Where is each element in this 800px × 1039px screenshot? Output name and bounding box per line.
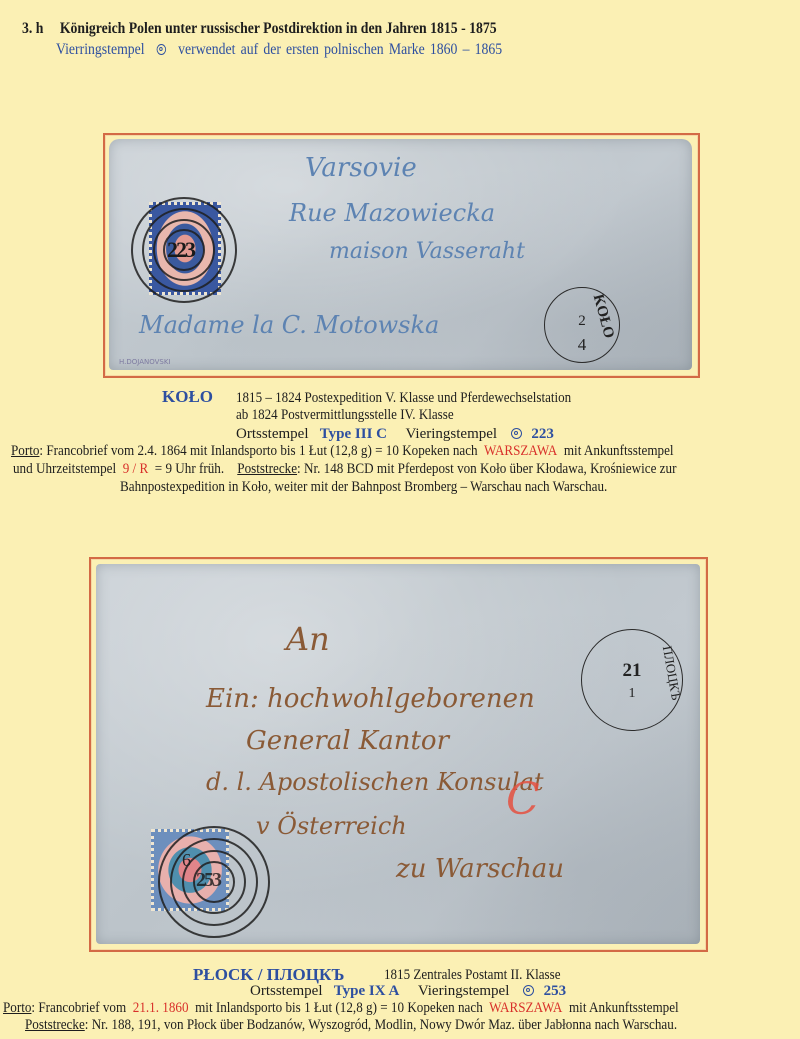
cover-frame-plock: An Ein: hochwohlgeborenen General Kantor… bbox=[89, 557, 708, 952]
time-code: 9 / R bbox=[123, 461, 149, 477]
address-line: Ein: hochwohlgeborenen bbox=[206, 684, 535, 714]
cds-day: 2 bbox=[545, 313, 619, 330]
address-line: zu Warschau bbox=[396, 854, 564, 884]
page-heading: 3. hKönigreich Polen unter russischer Po… bbox=[22, 20, 497, 38]
route-line-kolo: und Uhrzeitstempel 9 / R = 9 Uhr früh. P… bbox=[13, 461, 676, 478]
porto-text: : Francobrief vom bbox=[31, 1000, 126, 1016]
porto-text: : Francobrief vom 2.4. 1864 mit Inlandsp… bbox=[39, 443, 477, 459]
vierring-number: 223 bbox=[531, 426, 554, 442]
cds-day: 21 bbox=[582, 660, 682, 682]
envelope-kolo: 223 Varsovie Rue Mazowiecka maison Vasse… bbox=[109, 139, 692, 370]
porto-text-3: mit Ankunftsstempel bbox=[569, 1000, 679, 1016]
address-line: v Österreich bbox=[256, 812, 407, 840]
red-handstamp: C bbox=[506, 774, 540, 825]
time-meaning: = 9 Uhr früh. bbox=[155, 461, 224, 477]
porto-text-end: mit Ankunftsstempel bbox=[564, 443, 674, 459]
porto-line-kolo: Porto: Francobrief vom 2.4. 1864 mit Inl… bbox=[11, 443, 674, 460]
poststrecke-text: : Nr. 148 BCD mit Pferdepost von Koło üb… bbox=[297, 461, 676, 477]
address-line: d. l. Apostolischen Konsulat bbox=[206, 768, 544, 796]
porto-label: Porto bbox=[3, 1000, 31, 1016]
date-stamp-kolo: KOŁO 2 4 bbox=[544, 287, 620, 363]
subheading-right: verwendet auf der ersten polnischen Mark… bbox=[178, 41, 502, 58]
date-stamp-plock: ПЛОЦКЪ 21 1 bbox=[581, 629, 683, 731]
poststrecke-label: Poststrecke bbox=[237, 461, 297, 477]
four-ring-cancel-icon bbox=[523, 985, 534, 996]
poststrecke-text: : Nr. 188, 191, von Płock über Bodzanów,… bbox=[85, 1017, 677, 1033]
address-line: An bbox=[286, 620, 330, 658]
cds-month: 1 bbox=[582, 686, 682, 702]
cds-month: 4 bbox=[545, 335, 619, 355]
porto-text-2: mit Inlandsporto bis 1 Łut (12,8 g) = 10… bbox=[195, 1000, 483, 1016]
porto-line-plock: Porto: Francobrief vom 21.1. 1860 mit In… bbox=[3, 1000, 679, 1017]
address-line: Madame la C. Motowska bbox=[139, 311, 439, 339]
town-name-plock: PŁOCK / ПЛОЦКЪ bbox=[193, 965, 344, 985]
time-stamp-text: und Uhrzeitstempel bbox=[13, 461, 116, 477]
envelope-imprint: H.DOJANOVSKI bbox=[119, 358, 171, 366]
history-line: 1815 – 1824 Postexpedition V. Klasse und… bbox=[236, 390, 571, 407]
address-line: maison Vasseraht bbox=[329, 239, 525, 264]
cancel-number-kolo: 223 bbox=[167, 237, 194, 263]
address-line: Varsovie bbox=[305, 153, 417, 183]
ortsstempel-type: Type IX A bbox=[334, 983, 400, 999]
stamp-types-kolo: Ortsstempel Type III C Vieringstempel 22… bbox=[236, 426, 554, 443]
page-subheading: Vierringstempelverwendet auf der ersten … bbox=[56, 41, 502, 59]
subheading-left: Vierringstempel bbox=[56, 41, 145, 58]
four-ring-cancel-icon bbox=[511, 428, 522, 439]
history-line: 1815 Zentrales Postamt II. Klasse bbox=[384, 967, 561, 984]
route-line-kolo-2: Bahnpostexpedition in Koło, weiter mit d… bbox=[120, 479, 607, 496]
porto-label: Porto bbox=[11, 443, 39, 459]
stamp-types-plock: Ortsstempel Type IX A Vieringstempel 253 bbox=[250, 983, 566, 1000]
heading-title: Königreich Polen unter russischer Postdi… bbox=[60, 20, 497, 37]
ortsstempel-type: Type III C bbox=[320, 426, 387, 442]
address-line: Rue Mazowiecka bbox=[289, 199, 495, 227]
cancel-number-plock: 253 bbox=[196, 869, 220, 892]
section-number: 3. h bbox=[22, 20, 60, 38]
porto-date: 21.1. 1860 bbox=[133, 1000, 189, 1016]
vierring-number: 253 bbox=[544, 983, 567, 999]
vierring-label: Vieringstempel bbox=[405, 426, 497, 442]
ortsstempel-label: Ortsstempel bbox=[236, 426, 309, 442]
cover-frame-kolo: 223 Varsovie Rue Mazowiecka maison Vasse… bbox=[103, 133, 700, 378]
destination: WARSZAWA bbox=[484, 443, 557, 459]
history-line: ab 1824 Postvermittlungsstelle IV. Klass… bbox=[236, 407, 454, 424]
route-line-plock: Poststrecke: Nr. 188, 191, von Płock übe… bbox=[25, 1017, 677, 1034]
poststrecke-label: Poststrecke bbox=[25, 1017, 85, 1033]
four-ring-cancel-icon bbox=[157, 44, 166, 55]
ortsstempel-label: Ortsstempel bbox=[250, 983, 323, 999]
address-line: General Kantor bbox=[246, 726, 449, 756]
envelope-plock: An Ein: hochwohlgeborenen General Kantor… bbox=[96, 564, 700, 944]
destination: WARSZAWA bbox=[489, 1000, 562, 1016]
vierring-label: Vieringstempel bbox=[418, 983, 510, 999]
town-name-kolo: KOŁO bbox=[162, 387, 213, 407]
